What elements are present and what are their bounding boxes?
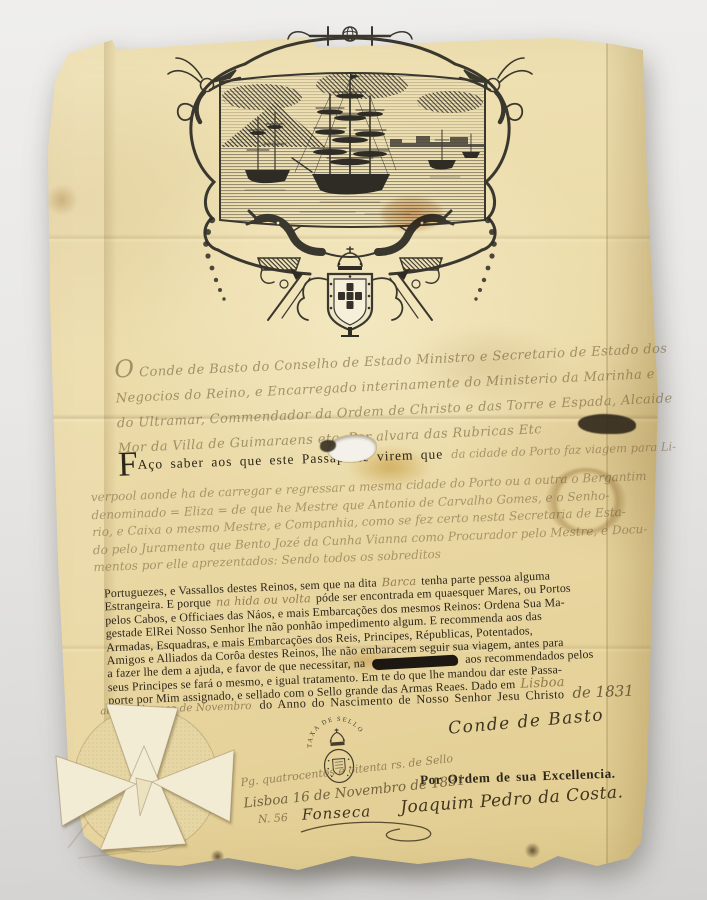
floral-garland-left — [203, 217, 226, 301]
signature-flourish — [296, 818, 446, 848]
wafer-paper-seal — [48, 698, 238, 866]
photo-backdrop: O Conde de Basto do Conselho de Estado M… — [0, 0, 707, 900]
engraved-header-vignette — [150, 22, 550, 337]
vignette-svg — [150, 22, 550, 337]
portuguese-arms-shield — [298, 274, 403, 330]
intro-initial: O — [114, 355, 135, 384]
handwritten-insert: Barca — [381, 574, 416, 589]
drop-cap-F: F — [117, 444, 138, 484]
opening-printed-text: Aço saber aos que este Passaporte virem … — [137, 446, 443, 472]
harbor-scene — [220, 68, 485, 225]
floral-garland-right — [474, 217, 497, 301]
paper-tear — [524, 843, 541, 858]
opening-handwritten-tail: da cidade do Porto faz viagem para Li- — [451, 439, 676, 461]
dark-stain-right-edge — [578, 414, 636, 434]
royal-crown — [338, 247, 363, 270]
dateline-handwritten-year: de 1831 — [572, 682, 634, 702]
document-number: N. 56 — [258, 811, 289, 826]
stamp-crown — [329, 728, 345, 746]
